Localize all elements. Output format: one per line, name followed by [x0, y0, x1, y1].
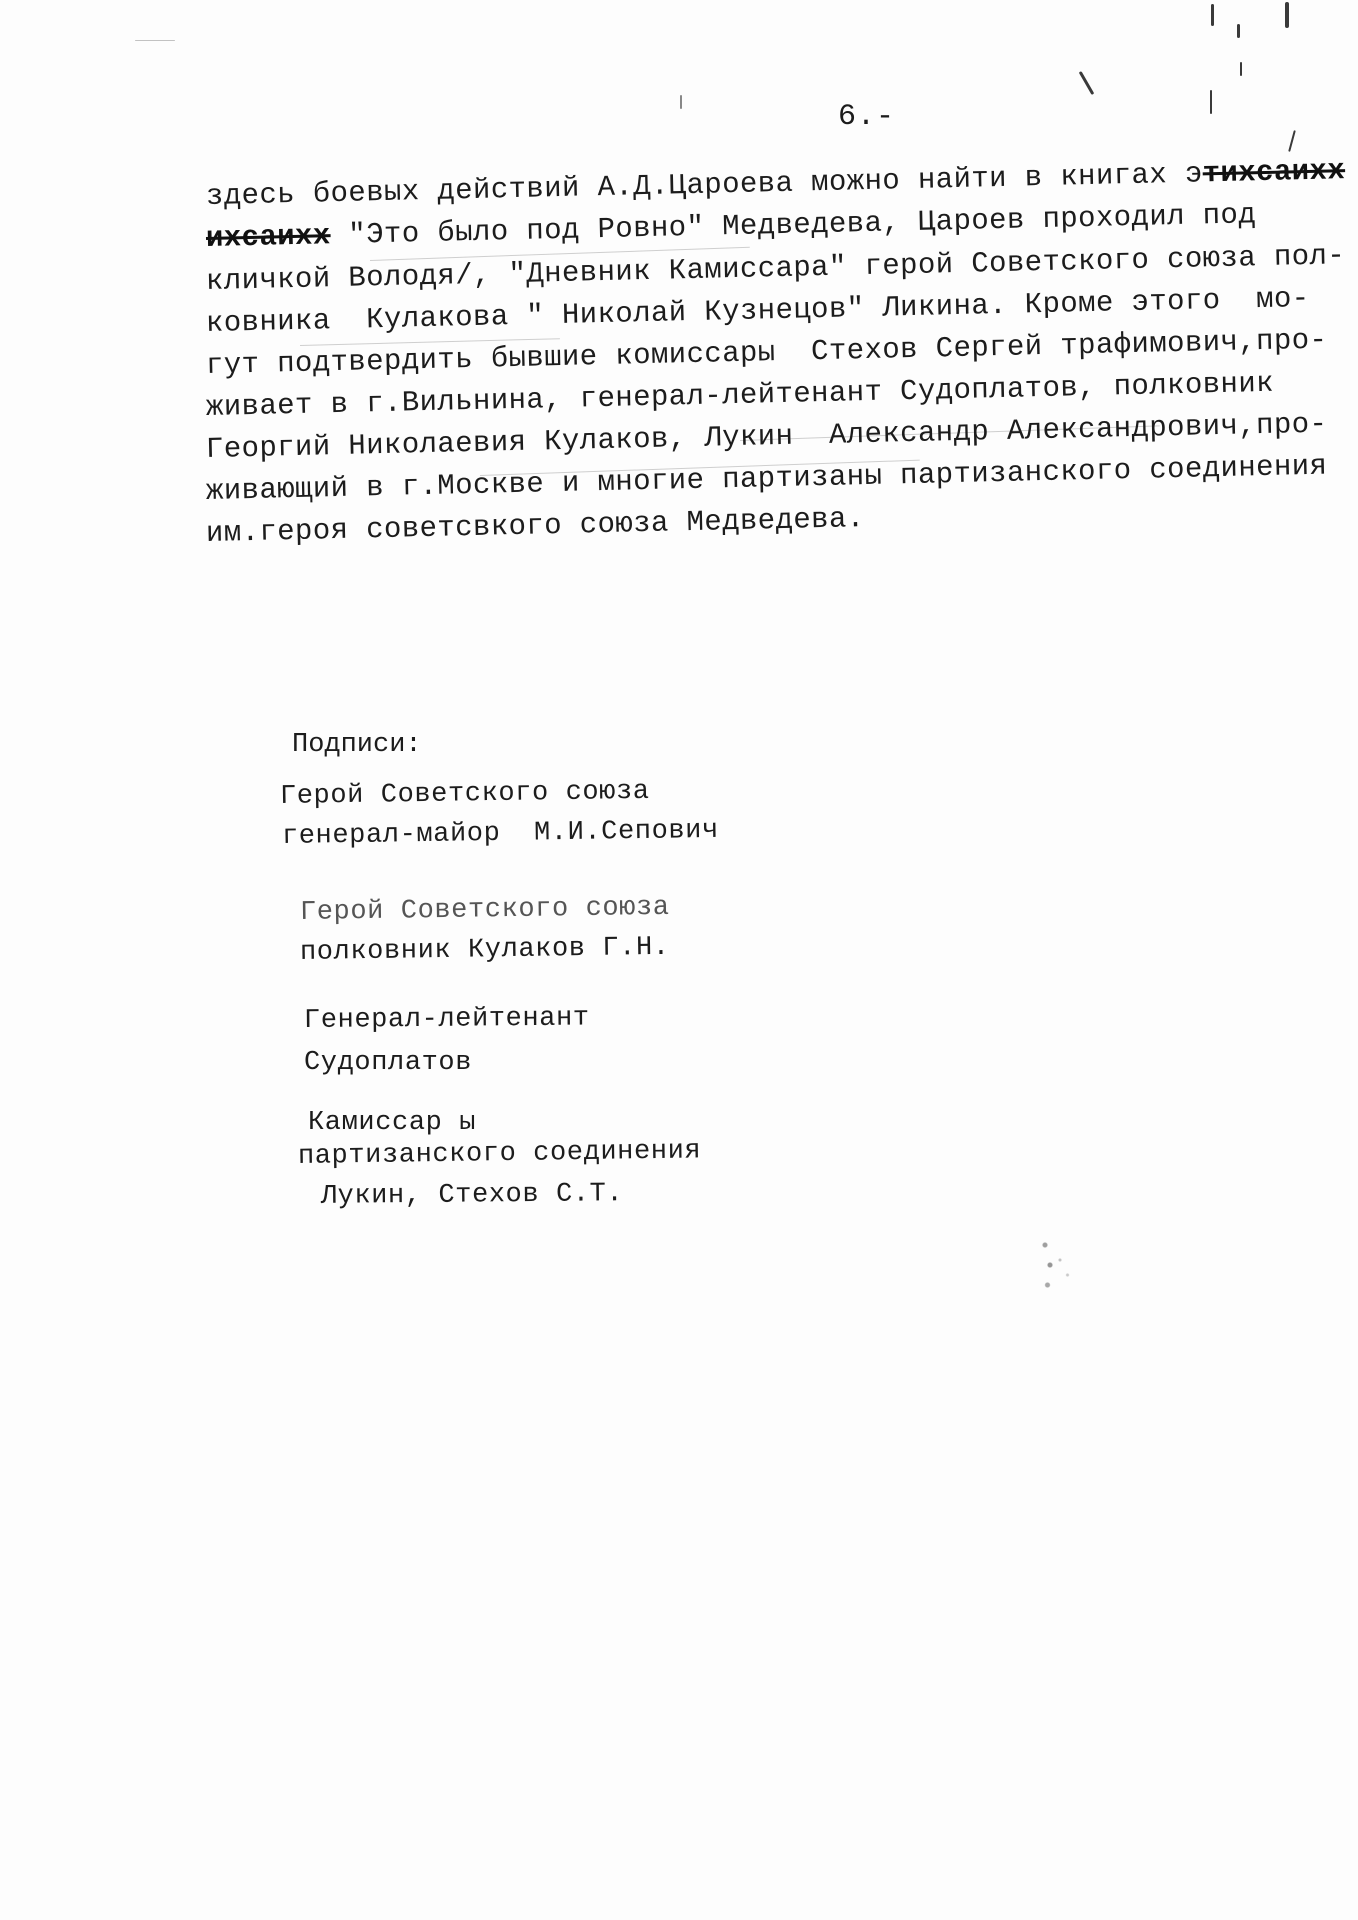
- signatures-heading: Подписи:: [292, 730, 422, 760]
- scan-mark: [1240, 62, 1242, 76]
- scan-mark: [1288, 130, 1296, 152]
- signature-name: Судоплатов: [304, 1048, 472, 1078]
- signature-name: полковник Кулаков Г.Н.: [300, 933, 670, 968]
- scan-mark: [1210, 90, 1212, 114]
- scan-mark: [1211, 4, 1214, 26]
- struck-text: тихсаихх: [1202, 154, 1345, 190]
- document-page: 6.- здесь боевых действий А.Д.Цароева мо…: [0, 0, 1358, 1920]
- signature-title: Герой Советского союза: [300, 893, 670, 928]
- scan-mark: [680, 95, 682, 109]
- scan-mark: [1285, 2, 1289, 28]
- signature-name: генерал-майор М.И.Сепович: [282, 816, 719, 852]
- signature-unit: партизанского соединения: [298, 1136, 702, 1172]
- ink-smudge: [1030, 1215, 1080, 1315]
- scan-mark: [135, 40, 175, 41]
- scan-mark: [1079, 71, 1095, 95]
- struck-text: ихсаихх: [206, 219, 331, 255]
- signature-title: Генерал-лейтенант: [304, 1004, 590, 1036]
- scan-mark: [1237, 24, 1240, 38]
- body-line: им.героя советсвкого союза Медведева.: [206, 502, 865, 550]
- signature-title: Камиссар ы: [308, 1108, 476, 1138]
- signature-name: Лукин, Стехов С.Т.: [304, 1179, 623, 1212]
- page-number: 6.-: [838, 100, 895, 134]
- signature-title: Герой Советского союза: [280, 777, 650, 812]
